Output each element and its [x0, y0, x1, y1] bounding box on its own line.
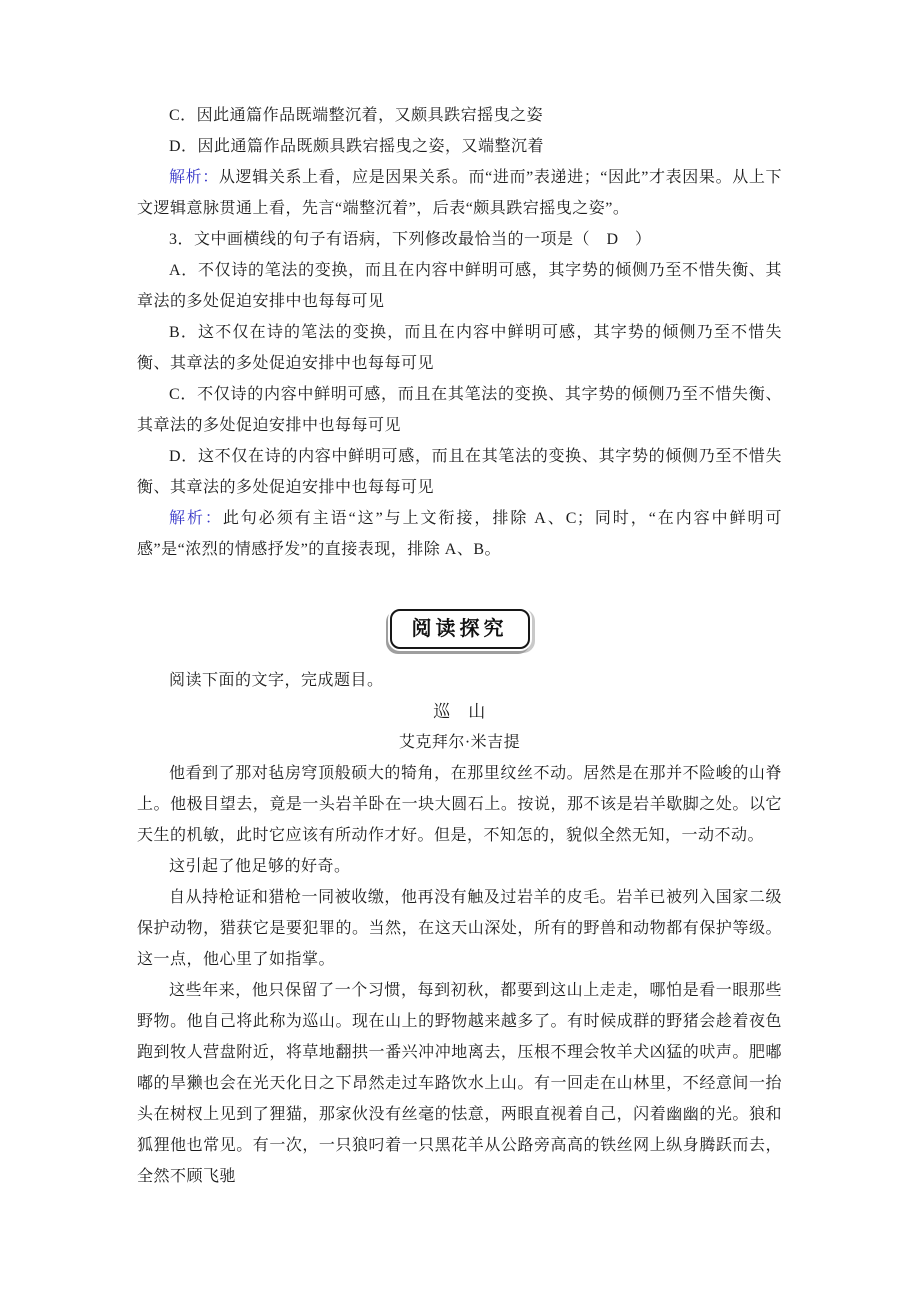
passage-paragraph: 自从持枪证和猎枪一同被收缴，他再没有触及过岩羊的皮毛。岩羊已被列入国家二级保护动… [137, 882, 782, 975]
passage-paragraph: 他看到了那对毡房穹顶般硕大的犄角，在那里纹丝不动。居然是在那并不险峻的山脊上。他… [137, 758, 782, 851]
option-line-3d: D．这不仅在诗的内容中鲜明可感，而且在其笔法的变换、其字势的倾侧乃至不惜失衡、其… [137, 441, 782, 503]
analysis-text: 从逻辑关系上看，应是因果关系。而“进而”表递进；“因此”才表因果。从上下文逻辑意… [137, 169, 782, 217]
section-badge: 阅读探究 [390, 609, 530, 649]
analysis-paragraph: 解析：此句必须有主语“这”与上文衔接，排除 A、C；同时，“在内容中鲜明可感”是… [137, 503, 782, 565]
passage-paragraph: 这些年来，他只保留了一个习惯，每到初秋，都要到这山上走走，哪怕是看一眼那些野物。… [137, 975, 782, 1192]
question-section: C．因此通篇作品既端整沉着，又颇具跌宕摇曳之姿 D．因此通篇作品既颇具跌宕摇曳之… [137, 100, 782, 565]
option-line-3a: A．不仅诗的笔法的变换，而且在内容中鲜明可感，其字势的倾侧乃至不惜失衡、其章法的… [137, 255, 782, 317]
passage-paragraph: 这引起了他足够的好奇。 [137, 851, 782, 882]
option-line-3c: C．不仅诗的内容中鲜明可感，而且在其笔法的变换、其字势的倾侧乃至不惜失衡、其章法… [137, 379, 782, 441]
analysis-label: 解析： [169, 169, 219, 186]
document-page: C．因此通篇作品既端整沉着，又颇具跌宕摇曳之姿 D．因此通篇作品既颇具跌宕摇曳之… [0, 0, 920, 1192]
reading-author: 艾克拜尔·米吉提 [137, 727, 782, 758]
reading-section: 阅读下面的文字，完成题目。 巡 山 艾克拜尔·米吉提 他看到了那对毡房穹顶般硕大… [137, 665, 782, 1192]
section-badge-row: 阅读探究 [137, 609, 782, 649]
analysis-label: 解析： [169, 510, 223, 527]
reading-title: 巡 山 [137, 696, 782, 727]
option-line-c: C．因此通篇作品既端整沉着，又颇具跌宕摇曳之姿 [137, 100, 782, 131]
reading-instruction: 阅读下面的文字，完成题目。 [137, 665, 782, 696]
analysis-text: 此句必须有主语“这”与上文衔接，排除 A、C；同时，“在内容中鲜明可感”是“浓烈… [137, 510, 782, 558]
question-3-line: 3．文中画横线的句子有语病，下列修改最恰当的一项是（ D ） [137, 224, 782, 255]
analysis-paragraph: 解析：从逻辑关系上看，应是因果关系。而“进而”表递进；“因此”才表因果。从上下文… [137, 162, 782, 224]
option-line-3b: B．这不仅在诗的笔法的变换，而且在内容中鲜明可感，其字势的倾侧乃至不惜失衡、其章… [137, 317, 782, 379]
option-line-d: D．因此通篇作品既颇具跌宕摇曳之姿，又端整沉着 [137, 131, 782, 162]
